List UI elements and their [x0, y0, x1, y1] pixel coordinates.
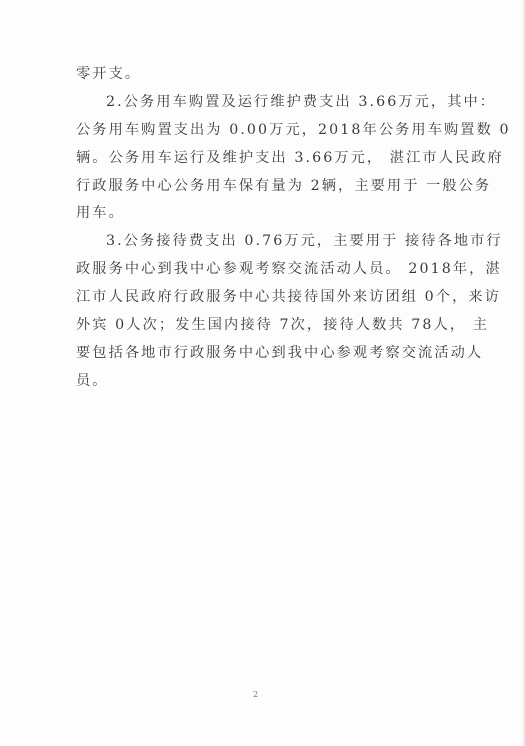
text-line: 用车。 — [76, 200, 452, 228]
text-line: 辆。公务用车运行及维护支出 3.66万元， 湛江市人民政府 — [76, 145, 452, 173]
text-line: 行政服务中心公务用车保有量为 2辆，主要用于 一般公务 — [76, 173, 452, 201]
page-number: 2 — [253, 690, 258, 699]
text-line: 零开支。 — [76, 61, 452, 89]
text-line: 政服务中心到我中心参观考察交流活动人员。 2018年，湛 — [76, 256, 452, 284]
text-line: 公务用车购置支出为 0.00万元，2018年公务用车购置数 0 — [76, 117, 452, 145]
text-line: 江市人民政府行政服务中心共接待国外来访团组 0个，来访 — [76, 284, 452, 312]
paragraph-3-start: 3.公务接待费支出 0.76万元，主要用于 接待各地市行 — [76, 228, 452, 256]
text-line: 员。 — [76, 368, 452, 396]
document-page: 零开支。 2.公务用车购置及运行维护费支出 3.66万元，其中： 公务用车购置支… — [0, 0, 525, 746]
document-body: 零开支。 2.公务用车购置及运行维护费支出 3.66万元，其中： 公务用车购置支… — [76, 61, 452, 396]
text-line: 要包括各地市行政服务中心到我中心参观考察交流活动人 — [76, 340, 452, 368]
text-line: 外宾 0人次；发生国内接待 7次，接待人数共 78人， 主 — [76, 312, 452, 340]
paragraph-2-start: 2.公务用车购置及运行维护费支出 3.66万元，其中： — [76, 89, 452, 117]
